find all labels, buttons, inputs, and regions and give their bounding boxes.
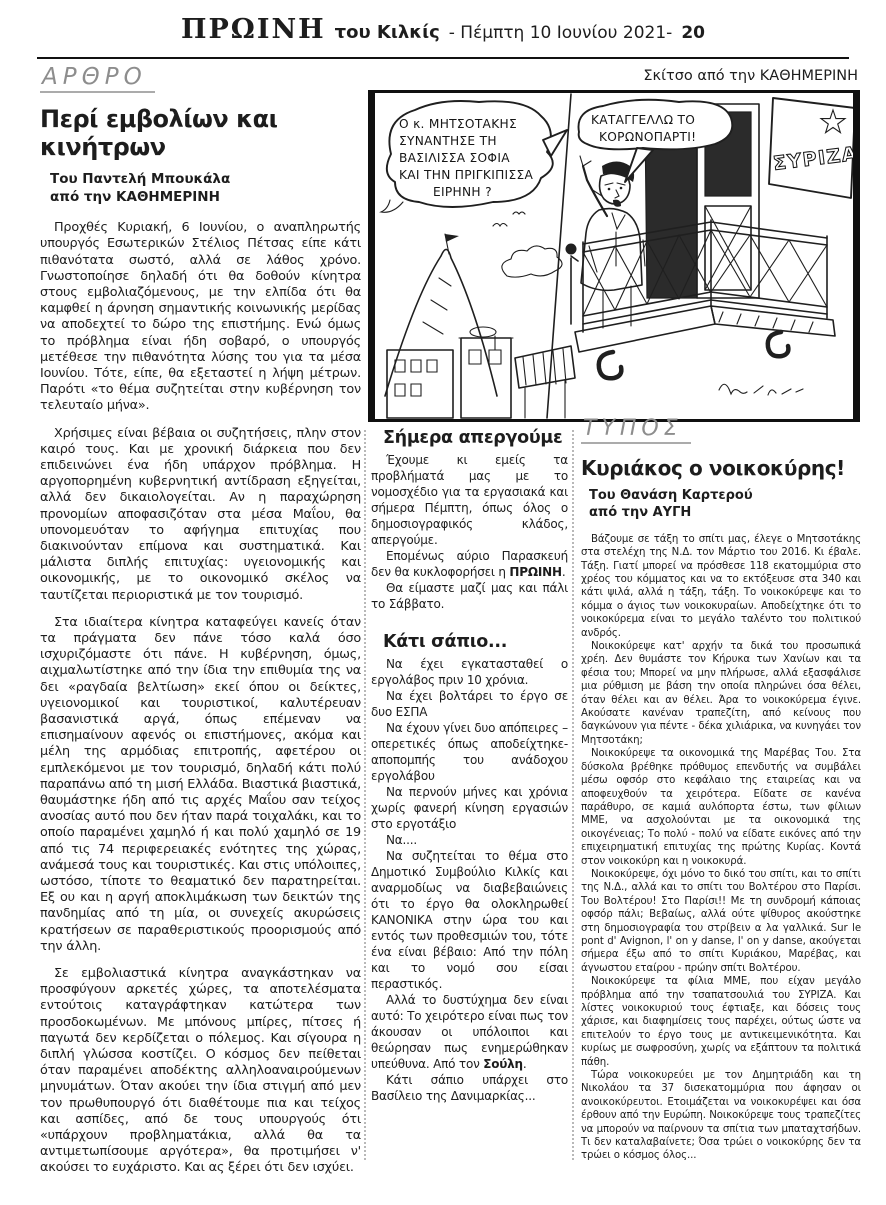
text-run: Αλλά το δυστύχημα δεν είναι αυτό: Το χει… <box>371 993 568 1071</box>
byline-source: από την ΚΑΘΗΜΕΡΙΝΗ <box>50 189 361 207</box>
byline-author: Του Παντελή Μπουκάλα <box>50 171 361 189</box>
typos-byline: Του Θανάση Καρτερού από την ΑΥΓΗ <box>581 488 861 522</box>
bubble-line: ΣΥΝΑΝΤΗΣΕ ΤΗ <box>399 134 497 148</box>
face <box>600 173 630 204</box>
article-paragraph: Χρήσιμες είναι βέβαια οι συζητήσεις, πλη… <box>40 426 361 604</box>
article-column: ΑΡΘΡΟ Περί εμβολίων και κινήτρων Του Παν… <box>40 64 361 1188</box>
page-number: 20 <box>681 23 705 43</box>
cartoonist-signature <box>719 384 803 395</box>
building-windows <box>395 360 437 396</box>
newspaper-page: ΠΡΩΙΝΗ του Κιλκίς - Πέμπτη 10 Ιουνίου 20… <box>0 0 886 1205</box>
eye <box>608 188 611 191</box>
strike-paragraph: Επομένως αύριο Παρασκευή δεν θα κυκλοφορ… <box>371 548 568 580</box>
typos-paragraph: Νοικοκύρεψε τα φίλια ΜΜΕ, που είχαν μεγά… <box>581 975 861 1069</box>
door-pane-cross <box>705 206 751 290</box>
typos-paragraph: Βάζουμε σε τάξη το σπίτι μας, έλεγε ο Μη… <box>581 533 861 640</box>
masthead-edition: του Κιλκίς <box>335 22 440 43</box>
sapio-paragraph: Να συζητείται το θέμα στο Δημοτικό Συμβο… <box>371 848 568 992</box>
typos-paragraph: Νοικοκύρεψε, όχι μόνο το δικό του σπίτι,… <box>581 868 861 975</box>
microphone <box>566 244 579 325</box>
byline-source: από την ΑΥΓΗ <box>589 505 861 522</box>
balcony-slab-side <box>711 306 835 336</box>
face-details <box>605 183 625 198</box>
balcony-bracket <box>768 332 789 356</box>
bubble-line: ΒΑΣΙΛΙΣΣΑ ΣΟΦΙΑ <box>399 151 510 165</box>
column-divider <box>364 430 366 1160</box>
balcony-bottom-rails <box>583 292 827 324</box>
bold-title: ΠΡΩΙΝΗ <box>509 565 561 579</box>
text-run: . <box>562 565 566 579</box>
city-buildings <box>387 327 575 418</box>
mic-head <box>566 244 577 255</box>
cartoon-credit: Σκίτσο από την ΚΑΘΗΜΕΡΙΝΗ <box>643 68 858 84</box>
mic-stand <box>571 256 578 324</box>
rooftop-tank <box>470 327 496 337</box>
sapio-paragraph: Να έχουν γίνει δυο απόπειρες – οπερετικέ… <box>371 720 568 784</box>
sapio-paragraph: Να περνούν μήνες και χρόνια χωρίς φανερή… <box>371 784 568 832</box>
hill-outline <box>385 249 497 396</box>
hill-hatch <box>423 278 451 334</box>
sapio-paragraph: Να.... <box>371 832 568 848</box>
sapio-paragraph: Να έχει εγκατασταθεί ο εργολάβος πριν 10… <box>371 656 568 688</box>
hill-flag <box>445 234 459 242</box>
article-byline: Του Παντελή Μπουκάλα από την ΚΑΘΗΜΕΡΙΝΗ <box>40 171 361 206</box>
masthead-date: - Πέμπτη 10 Ιουνίου 2021- <box>449 23 673 43</box>
typos-headline: Κυριάκος ο νοικοκύρης! <box>581 456 861 480</box>
birds <box>493 212 525 226</box>
bubble-line: Ο κ. ΜΗΤΣΟΤΑΚΗΣ <box>399 117 517 131</box>
sapio-heading: Κάτι σάπιο... <box>371 632 568 652</box>
header-rule <box>37 57 849 59</box>
cloud <box>502 246 562 277</box>
building-windows <box>459 338 513 364</box>
balcony-bracket <box>599 352 622 378</box>
bubble-curl <box>381 200 403 212</box>
strike-paragraph: Θα είμαστε μαζί μας και πάλι το Σάββατο. <box>371 580 568 612</box>
masthead-title: ΠΡΩΙΝΗ <box>181 14 326 45</box>
article-paragraph: Σε εμβολιαστικά κίνητρα αναγκάστηκαν να … <box>40 966 361 1177</box>
bubble-line: ΚΑΙ ΤΗΝ ΠΡΙΓΚΙΠΙΣΣΑ <box>399 168 533 182</box>
masthead: ΠΡΩΙΝΗ του Κιλκίς - Πέμπτη 10 Ιουνίου 20… <box>0 14 886 45</box>
typos-column: ΤΥΠΟΣ Κυριάκος ο νοικοκύρης! Του Θανάση … <box>581 416 861 1163</box>
section-label-typos: ΤΥΠΟΣ <box>581 416 691 444</box>
bubble-line: ΚΑΤΑΓΓΕΛΛΩ ΤΟ <box>591 113 695 127</box>
column-divider <box>572 430 574 1160</box>
typos-paragraph: Νοικοκύρεψε κατ' αρχήν τα δικά του προσω… <box>581 640 861 747</box>
editorial-cartoon: ΣΥΡΙΖΑ <box>368 90 860 422</box>
typos-paragraph: Τώρα νοικοκυρεύει με τον Δημητριάδη και … <box>581 1069 861 1163</box>
article-paragraph: Στα ιδιαίτερα κίνητρα καταφεύγει κανείς … <box>40 615 361 955</box>
sapio-paragraph: Κάτι σάπιο υπάρχει στο Βασίλειο της Δανι… <box>371 1072 568 1104</box>
text-run: . <box>523 1057 527 1071</box>
sapio-paragraph: Να έχει βολτάρει το έργο σε δυο ΕΣΠΑ <box>371 688 568 720</box>
syriza-flag: ΣΥΡΙΖΑ <box>769 98 853 198</box>
article-paragraph: Προχθές Κυριακή, 6 Ιουνίου, ο αναπληρωτή… <box>40 220 361 414</box>
bubble-line: ΕΙΡΗΝΗ ? <box>433 185 492 199</box>
balcony <box>575 220 835 378</box>
middle-column: Σήμερα απεργούμε Έχουμε κι εμείς τα προβ… <box>371 424 568 1104</box>
strike-paragraph: Έχουμε κι εμείς τα προβλήματά μας με το … <box>371 452 568 548</box>
strike-note-heading: Σήμερα απεργούμε <box>371 428 568 448</box>
bubble-line: ΚΟΡΩΝΟΠΑΡΤΙ! <box>599 130 696 144</box>
byline-author: Του Θανάση Καρτερού <box>589 488 861 505</box>
section-label-arthro: ΑΡΘΡΟ <box>40 64 155 93</box>
sapio-paragraph: Αλλά το δυστύχημα δεν είναι αυτό: Το χει… <box>371 992 568 1072</box>
typos-paragraph: Νοικοκύρεψε τα οικονομικά της Μαρέβας Το… <box>581 747 861 868</box>
eye <box>620 187 623 190</box>
cartoon-drawing: ΣΥΡΙΖΑ <box>375 93 853 419</box>
open-mouth <box>613 200 621 207</box>
speech-bubble-left: Ο κ. ΜΗΤΣΟΤΑΚΗΣ ΣΥΝΑΝΤΗΣΕ ΤΗ ΒΑΣΙΛΙΣΣΑ Σ… <box>381 101 567 212</box>
article-headline: Περί εμβολίων και κινήτρων <box>40 105 361 161</box>
bold-name: Σούλη <box>483 1057 523 1071</box>
railing-x-side <box>711 230 827 307</box>
